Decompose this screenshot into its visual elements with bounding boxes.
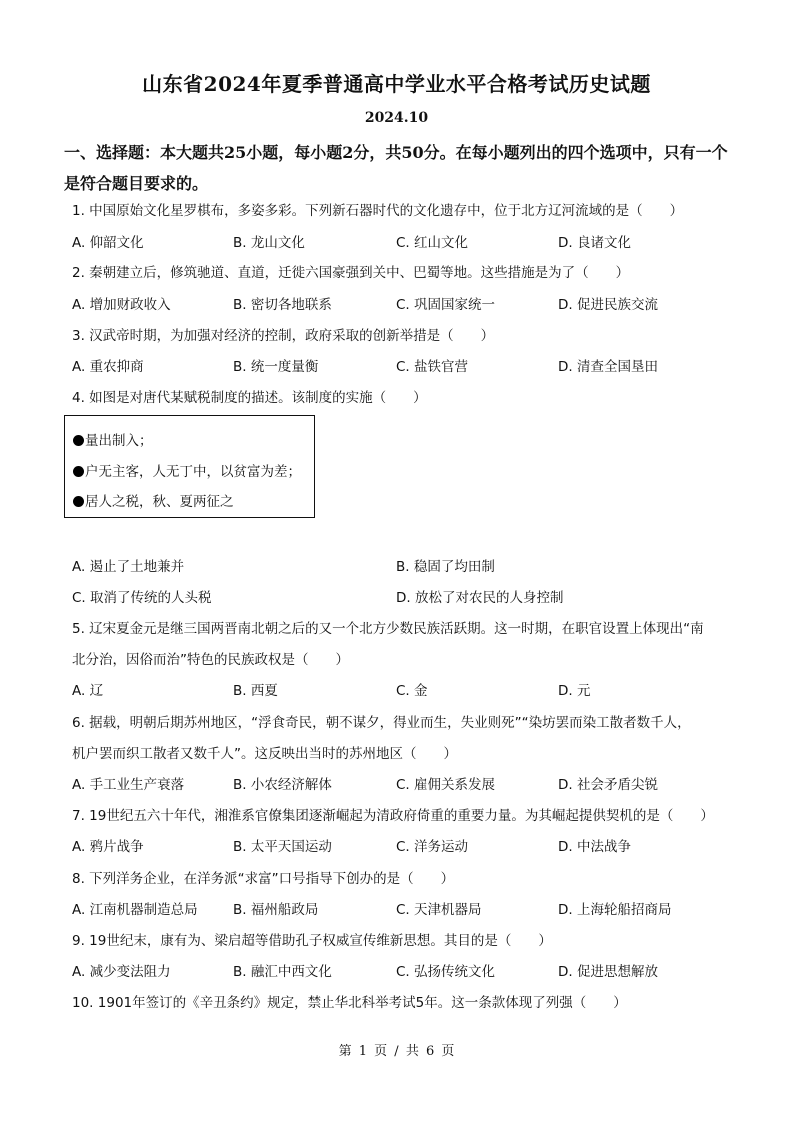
question-4-option-d: D. 放松了对农民的人身控制 [396,589,563,607]
question-1-stem: 1. 中国原始文化星罗棋布，多姿多彩。下列新石器时代的文化遗存中，位于北方辽河流… [72,202,683,220]
question-9-option-b: B. 融汇中西文化 [233,963,332,981]
question-7-stem: 7. 19世纪五六十年代，湘淮系官僚集团逐渐崛起为清政府倚重的重要力量。为其崛起… [72,807,714,825]
question-5-option-d: D. 元 [558,682,590,700]
question-3-option-d: D. 清查全国垦田 [558,358,658,376]
question-2-option-d: D. 促进民族交流 [558,296,658,314]
question-7-option-c: C. 洋务运动 [396,838,468,856]
question-8-option-c: C. 天津机器局 [396,901,482,919]
question-1-option-a: A. 仰韶文化 [72,234,144,252]
question-4-stem: 4. 如图是对唐代某赋税制度的描述。该制度的实施（ ） [72,389,427,407]
question-9-option-d: D. 促进思想解放 [558,963,658,981]
material-box: 量出制入； 户无主客，人无丁中，以贫富为差； 居人之税，秋、夏两征之 [64,415,315,518]
question-6-option-b: B. 小农经济解体 [233,776,332,794]
question-5-option-c: C. 金 [396,682,428,700]
question-5-stem-line-2: 北分治，因俗而治”特色的民族政权是（ ） [72,651,349,669]
question-6-stem-line-1: 6. 据载，明朝后期苏州地区，“浮食奇民，朝不谋夕，得业而生，失业则死”“染坊罢… [72,714,691,732]
question-9-option-c: C. 弘扬传统文化 [396,963,495,981]
question-8-option-a: A. 江南机器制造总局 [72,901,198,919]
material-line-2: 户无主客，人无丁中，以贫富为差； [73,460,301,480]
question-7-option-a: A. 鸦片战争 [72,838,144,856]
question-3-option-a: A. 重农抑商 [72,358,144,376]
question-9-option-a: A. 减少变法阻力 [72,963,171,981]
question-2-stem: 2. 秦朝建立后，修筑驰道、直道，迁徙六国豪强到关中、巴蜀等地。这些措施是为了（… [72,264,629,282]
question-2-option-a: A. 增加财政收入 [72,296,171,314]
question-7-option-b: B. 太平天国运动 [233,838,332,856]
question-5-option-b: B. 西夏 [233,682,278,700]
question-8-stem: 8. 下列洋务企业，在洋务派“求富”口号指导下创办的是（ ） [72,870,454,888]
question-6-stem-line-2: 机户罢而织工散者又数千人”。这反映出当时的苏州地区（ ） [72,745,457,763]
question-3-option-b: B. 统一度量衡 [233,358,318,376]
question-4-option-c: C. 取消了传统的人头税 [72,589,212,607]
page-footer: 第 1 页 / 共 6 页 [0,1040,793,1059]
bullet-icon [73,496,84,507]
question-8-option-d: D. 上海轮船招商局 [558,901,671,919]
question-3-stem: 3. 汉武帝时期，为加强对经济的控制，政府采取的创新举措是（ ） [72,327,494,345]
question-7-option-d: D. 中法战争 [558,838,631,856]
bullet-icon [73,435,84,446]
question-4-option-b: B. 稳固了均田制 [396,558,495,576]
material-line-1: 量出制入； [73,429,153,449]
question-1-option-c: C. 红山文化 [396,234,468,252]
question-1-option-b: B. 龙山文化 [233,234,305,252]
question-9-stem: 9. 19世纪末，康有为、梁启超等借助孔子权威宣传维新思想。其目的是（ ） [72,932,552,950]
section-heading: 一、选择题：本大题共25小题，每小题2分，共50分。在每小题列出的四个选项中，只… [64,137,734,199]
material-line-3: 居人之税，秋、夏两征之 [73,490,234,510]
question-3-option-c: C. 盐铁官营 [396,358,468,376]
exam-date: 2024.10 [0,110,793,126]
bullet-icon [73,466,84,477]
question-6-option-a: A. 手工业生产衰落 [72,776,184,794]
question-10-stem: 10. 1901年签订的《辛丑条约》规定，禁止华北科举考试5年。这一条款体现了列… [72,994,627,1012]
question-5-stem-line-1: 5. 辽宋夏金元是继三国两晋南北朝之后的又一个北方少数民族活跃期。这一时期，在职… [72,620,704,638]
question-6-option-c: C. 雇佣关系发展 [396,776,495,794]
question-5-option-a: A. 辽 [72,682,103,700]
question-4-option-a: A. 遏止了土地兼并 [72,558,184,576]
question-8-option-b: B. 福州船政局 [233,901,318,919]
question-6-option-d: D. 社会矛盾尖锐 [558,776,658,794]
question-2-option-c: C. 巩固国家统一 [396,296,495,314]
exam-title: 山东省2024年夏季普通高中学业水平合格考试历史试题 [0,68,793,97]
question-2-option-b: B. 密切各地联系 [233,296,332,314]
question-1-option-d: D. 良诸文化 [558,234,631,252]
